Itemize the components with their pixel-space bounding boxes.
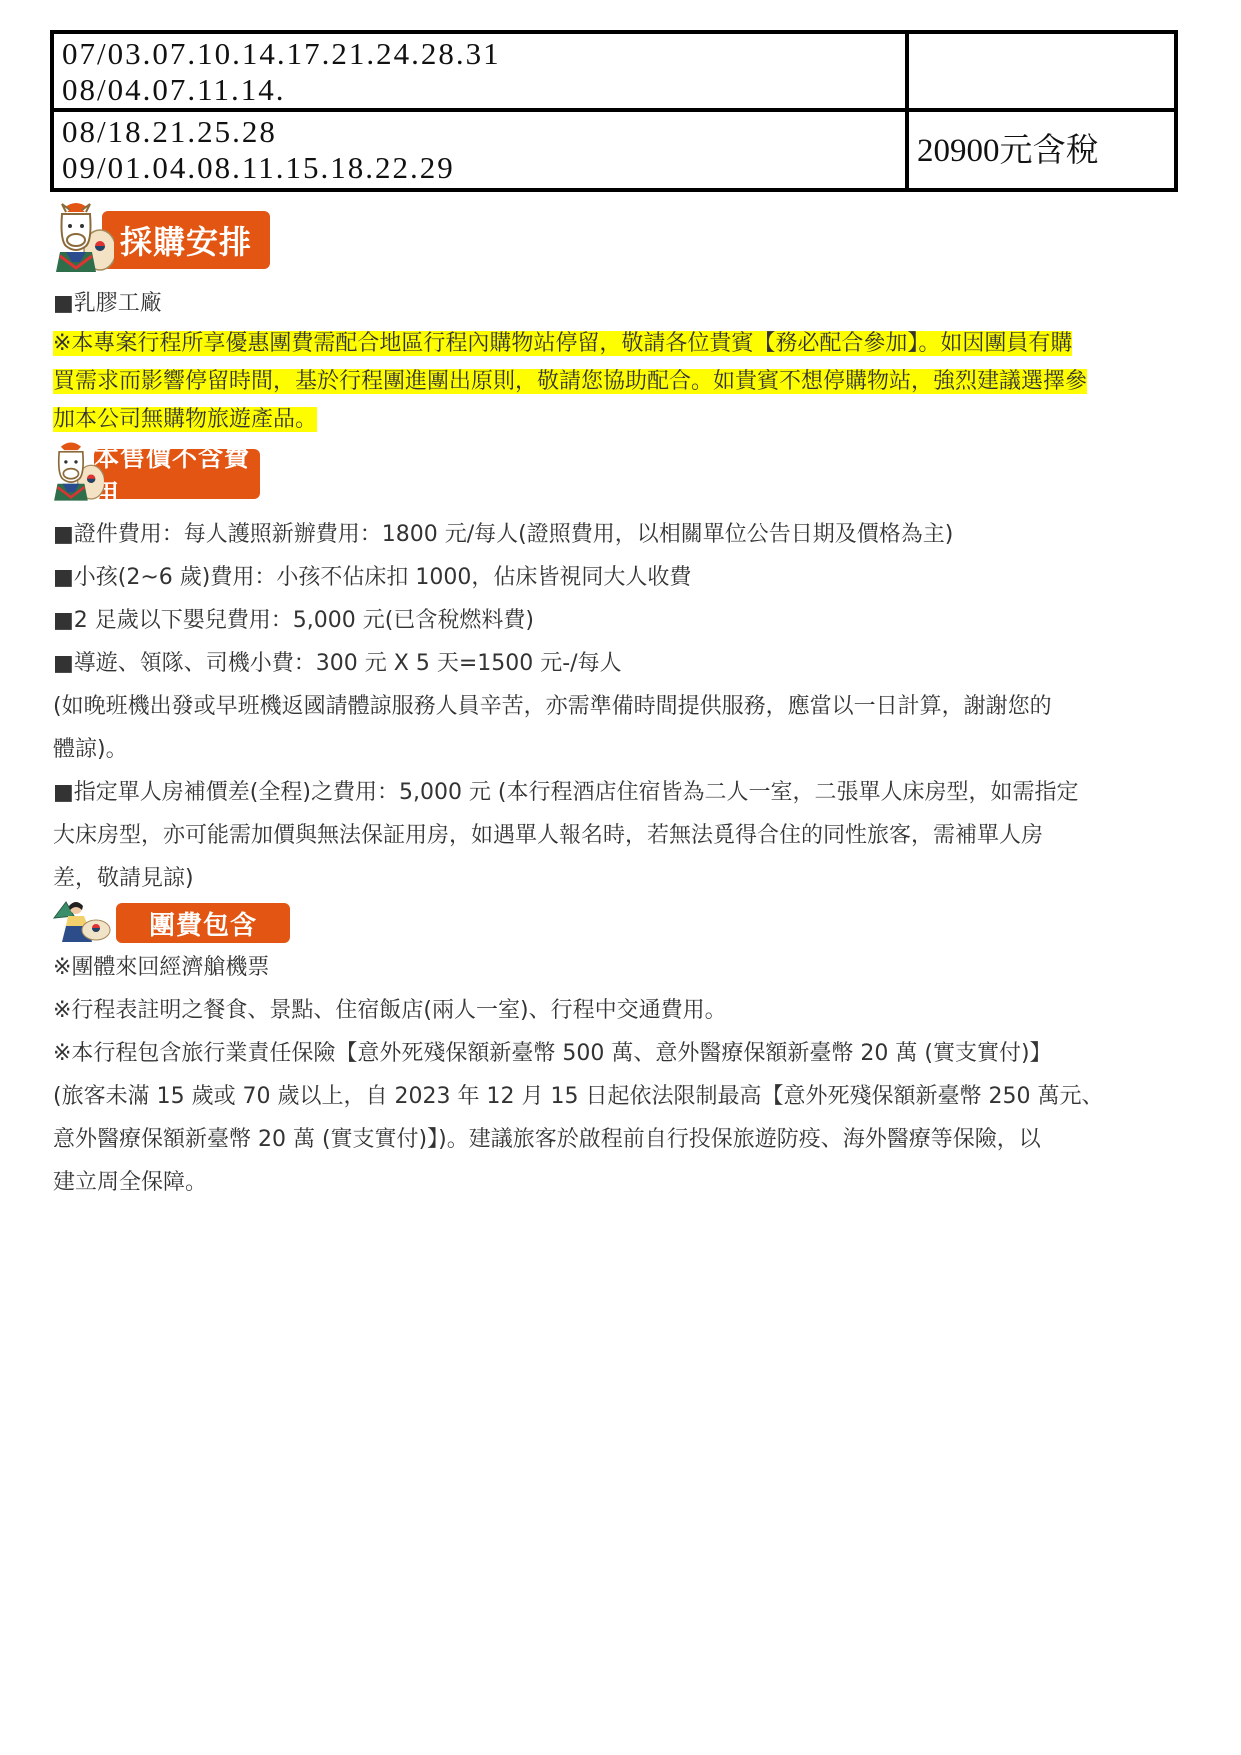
included-line: ※本行程包含旅行業責任保險【意外死殘保額新臺幣 500 萬、意外醫療保額新臺幣 … — [53, 1032, 1052, 1075]
dates-line: 08/04.07.11.14. — [62, 72, 897, 108]
section-badge-excluded: 本售價不含費用 — [48, 440, 260, 508]
departure-dates-cell: 07/03.07.10.14.17.21.24.28.31 08/04.07.1… — [52, 32, 907, 110]
dates-line: 08/18.21.25.28 — [62, 114, 897, 150]
departure-dates-table: 07/03.07.10.14.17.21.24.28.31 08/04.07.1… — [50, 30, 1178, 192]
horse-mascot-icon — [48, 440, 104, 508]
included-line: ※團體來回經濟艙機票 — [53, 946, 269, 989]
included-line: ※行程表註明之餐食、景點、住宿飯店(兩人一室)、行程中交通費用。 — [53, 989, 727, 1032]
shopping-item: ■乳膠工廠 — [53, 282, 162, 325]
section-badge-included: 團費包含 — [52, 900, 290, 946]
fee-line: ■指定單人房補價差(全程)之費用：5,000 元 (本行程酒店住宿皆為二人一室，… — [53, 771, 1079, 814]
dates-line: 07/03.07.10.14.17.21.24.28.31 — [62, 36, 897, 72]
fee-line: 大床房型，亦可能需加價與無法保証用房，如遇單人報名時，若無法覓得合住的同性旅客，… — [53, 814, 1043, 857]
notice-line: 加本公司無購物旅遊產品。 — [53, 407, 317, 432]
included-line: 意外醫療保額新臺幣 20 萬 (實支實付)】)。建議旅客於啟程前自行投保旅遊防疫… — [53, 1118, 1041, 1161]
notice-line: ※本專案行程所享優惠團費需配合地區行程內購物站停留，敬請各位貴賓【務必配合參加】… — [53, 331, 1072, 356]
fee-line: 差，敬請見諒) — [53, 857, 194, 900]
fee-line: ■小孩(2~6 歲)費用：小孩不佔床扣 1000，佔床皆視同大人收費 — [53, 556, 691, 599]
fee-line: ■證件費用：每人護照新辦費用：1800 元/每人(證照費用，以相關單位公告日期及… — [53, 513, 953, 556]
departure-dates-cell: 08/18.21.25.28 09/01.04.08.11.15.18.22.2… — [52, 110, 907, 190]
fee-line: ■導遊、領隊、司機小費：300 元 X 5 天=1500 元-/每人 — [53, 642, 622, 685]
horse-mascot-icon — [50, 200, 114, 280]
notice-line: 買需求而影響停留時間，基於行程團進團出原則，敬請您協助配合。如貴賓不想停購物站，… — [53, 369, 1087, 394]
fee-line: (如晚班機出發或早班機返國請體諒服務人員辛苦，亦需準備時間提供服務，應當以一日計… — [53, 685, 1052, 728]
included-line: 建立周全保障。 — [53, 1161, 207, 1204]
included-line: (旅客未滿 15 歲或 70 歲以上，自 2023 年 12 月 15 日起依法… — [53, 1075, 1103, 1118]
section-badge-shopping: 採購安排 — [50, 200, 270, 280]
fee-line: 體諒)。 — [53, 728, 128, 771]
fee-line: ■2 足歲以下嬰兒費用：5,000 元(已含稅燃料費) — [53, 599, 534, 642]
hanbok-woman-icon — [52, 900, 112, 946]
section-title: 本售價不含費用 — [94, 449, 260, 499]
table-row: 08/18.21.25.28 09/01.04.08.11.15.18.22.2… — [52, 110, 1176, 190]
table-row: 07/03.07.10.14.17.21.24.28.31 08/04.07.1… — [52, 32, 1176, 110]
section-title: 採購安排 — [102, 211, 270, 269]
price-cell — [907, 32, 1176, 110]
price-cell: 20900元含稅 — [907, 110, 1176, 190]
dates-line: 09/01.04.08.11.15.18.22.29 — [62, 150, 897, 186]
section-title: 團費包含 — [116, 903, 290, 943]
